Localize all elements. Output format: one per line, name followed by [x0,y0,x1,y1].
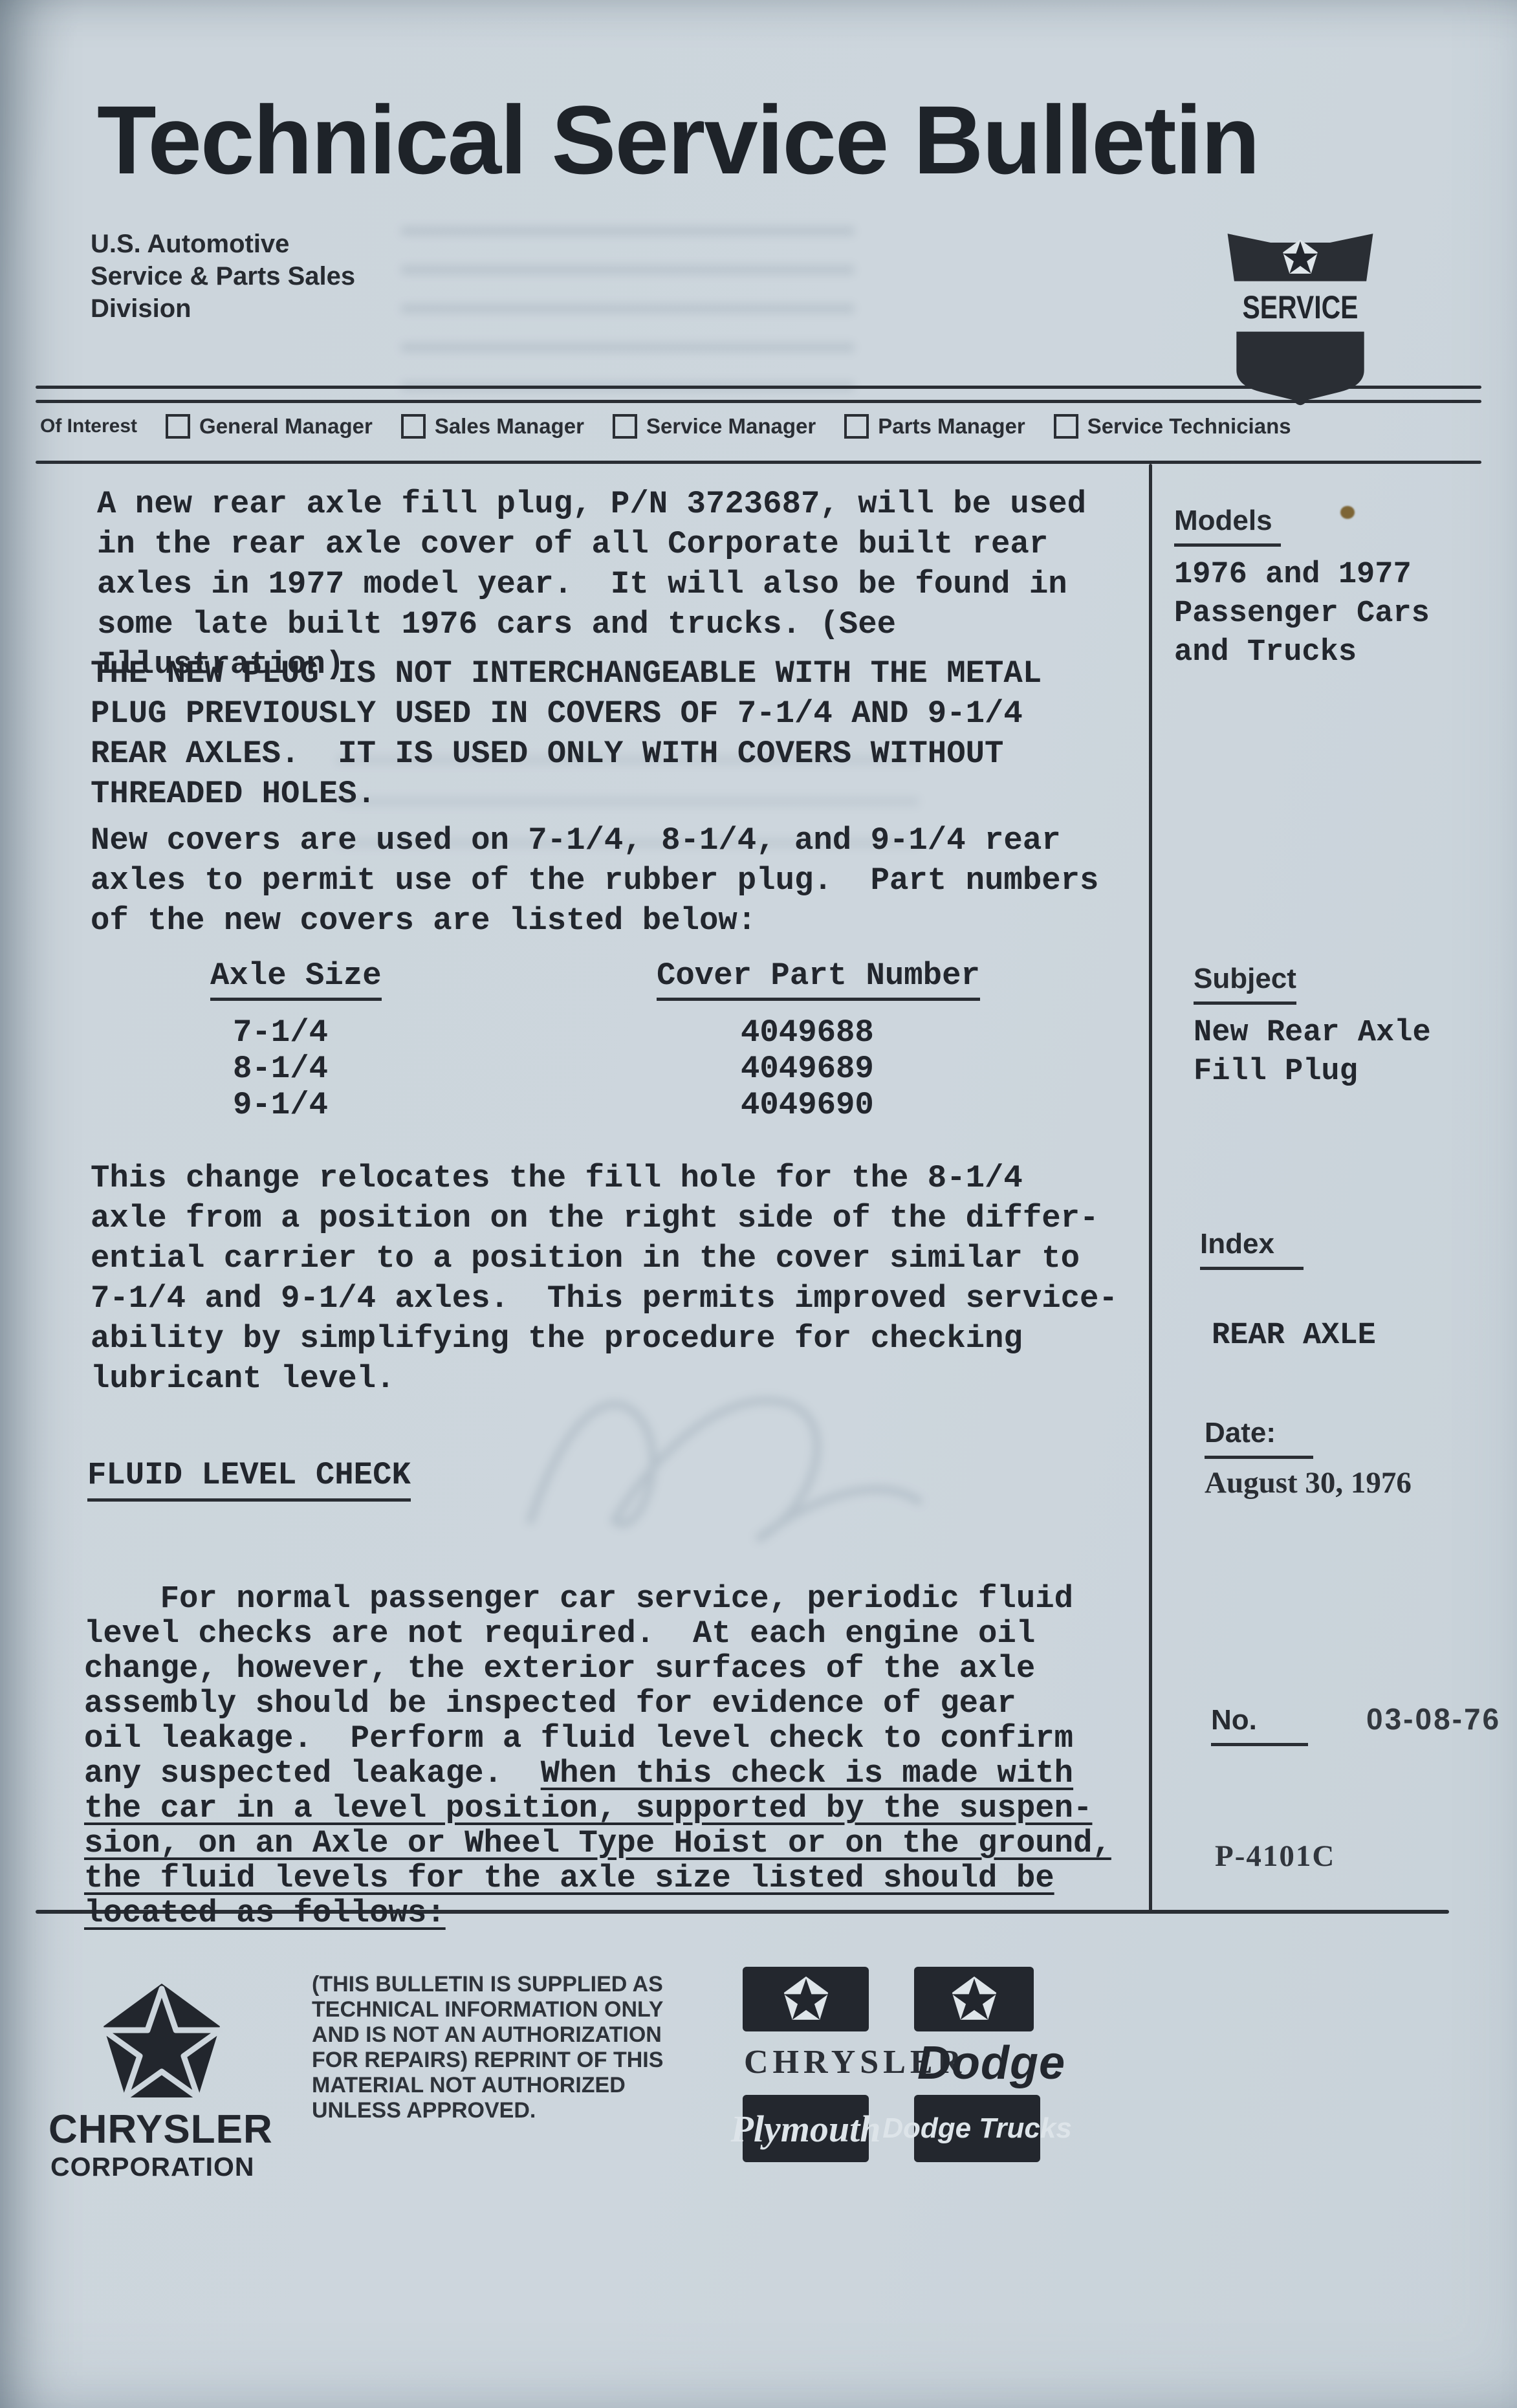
checkbox-label: General Manager [199,414,373,439]
pentastar-icon [97,1978,226,2108]
bleed-through-ghost [401,213,854,421]
chrysler-pentastar-block [743,1967,869,2031]
no-value: 03-08-76 [1366,1702,1501,1736]
chrysler-service-shield-logo: SERVICE [1226,228,1375,419]
section-heading-fluid-level-check: FLUID LEVEL CHECK [87,1457,411,1502]
index-label: Index [1200,1228,1304,1270]
pentastar-icon [950,1975,999,2024]
table-header-axle-size: Axle Size [210,958,382,1001]
distribution-row: Of Interest General Manager Sales Manage… [40,414,1399,439]
paragraph-fluid-level-check: For normal passenger car service, period… [84,1546,1148,1965]
checkbox-label: Parts Manager [878,414,1025,439]
checkbox-label: Sales Manager [435,414,584,439]
subject-value: New Rear Axle Fill Plug [1194,1014,1431,1091]
sidebar-index: Index REAR AXLE [1200,1228,1376,1355]
no-label: No. [1211,1704,1308,1746]
table-cell-axle-1: 7-1/4 [233,1012,328,1053]
sidebar-date: Date: August 30, 1976 [1205,1417,1412,1500]
index-value: REAR AXLE [1212,1317,1376,1355]
of-interest-label: Of Interest [40,415,137,437]
models-value: 1976 and 1977 Passenger Cars and Trucks [1174,556,1430,672]
paragraph-warning: THE NEW PLUG IS NOT INTERCHANGEABLE WITH… [91,653,1139,814]
checkbox-icon [401,414,426,439]
checkbox-service-technicians: Service Technicians [1054,414,1291,439]
checkbox-general-manager: General Manager [166,414,373,439]
dodge-pentastar-block [914,1967,1034,2031]
footer-disclaimer: (THIS BULLETIN IS SUPPLIED AS TECHNICAL … [312,1972,752,2123]
table-cell-axle-3: 9-1/4 [233,1085,328,1125]
sidebar-no: No. 03-08-76 [1211,1702,1501,1746]
checkbox-label: Service Manager [646,414,816,439]
checkbox-icon [844,414,869,439]
page-title: Technical Service Bulletin [97,84,1259,196]
subject-label: Subject [1194,963,1296,1005]
brand-dodge-trucks-label: Dodge Trucks [882,2112,1072,2145]
checkbox-icon [613,414,637,439]
models-label: Models [1174,505,1281,547]
bulletin-page: Technical Service Bulletin U.S. Automoti… [0,0,1517,2408]
company-name-line2: CORPORATION [50,2152,254,2182]
table-header-cover-part-number: Cover Part Number [657,958,980,1001]
sidebar-subject: Subject New Rear Axle Fill Plug [1194,963,1431,1091]
form-code: P-4101C [1215,1839,1335,1874]
date-label: Date: [1205,1417,1313,1459]
table-cell-part-3: 4049690 [741,1085,874,1125]
brand-dodge: Dodge [917,2037,1065,2090]
company-name-line1: CHRYSLER [49,2110,273,2149]
table-cell-part-1: 4049688 [741,1012,874,1053]
paragraph-new-covers: New covers are used on 7-1/4, 8-1/4, and… [91,820,1151,941]
checkbox-parts-manager: Parts Manager [844,414,1025,439]
checkbox-service-manager: Service Manager [613,414,816,439]
checkbox-label: Service Technicians [1087,414,1291,439]
brand-plymouth: Plymouth [743,2095,869,2162]
division-lines: U.S. Automotive Service & Parts Sales Di… [91,228,355,325]
checkbox-icon [1054,414,1078,439]
pentastar-icon [781,1975,831,2024]
brand-plymouth-label: Plymouth [730,2107,880,2151]
table-cell-part-2: 4049689 [741,1049,874,1089]
date-value: August 30, 1976 [1205,1465,1412,1500]
service-shield-label: SERVICE [1243,289,1359,325]
checkbox-icon [166,414,190,439]
table-cell-axle-2: 8-1/4 [233,1049,328,1089]
sidebar-models: Models 1976 and 1977 Passenger Cars and … [1174,505,1430,672]
checkbox-sales-manager: Sales Manager [401,414,584,439]
brand-dodge-trucks: Dodge Trucks [914,2095,1040,2162]
paragraph-change-relocates: This change relocates the fill hole for … [91,1158,1151,1399]
